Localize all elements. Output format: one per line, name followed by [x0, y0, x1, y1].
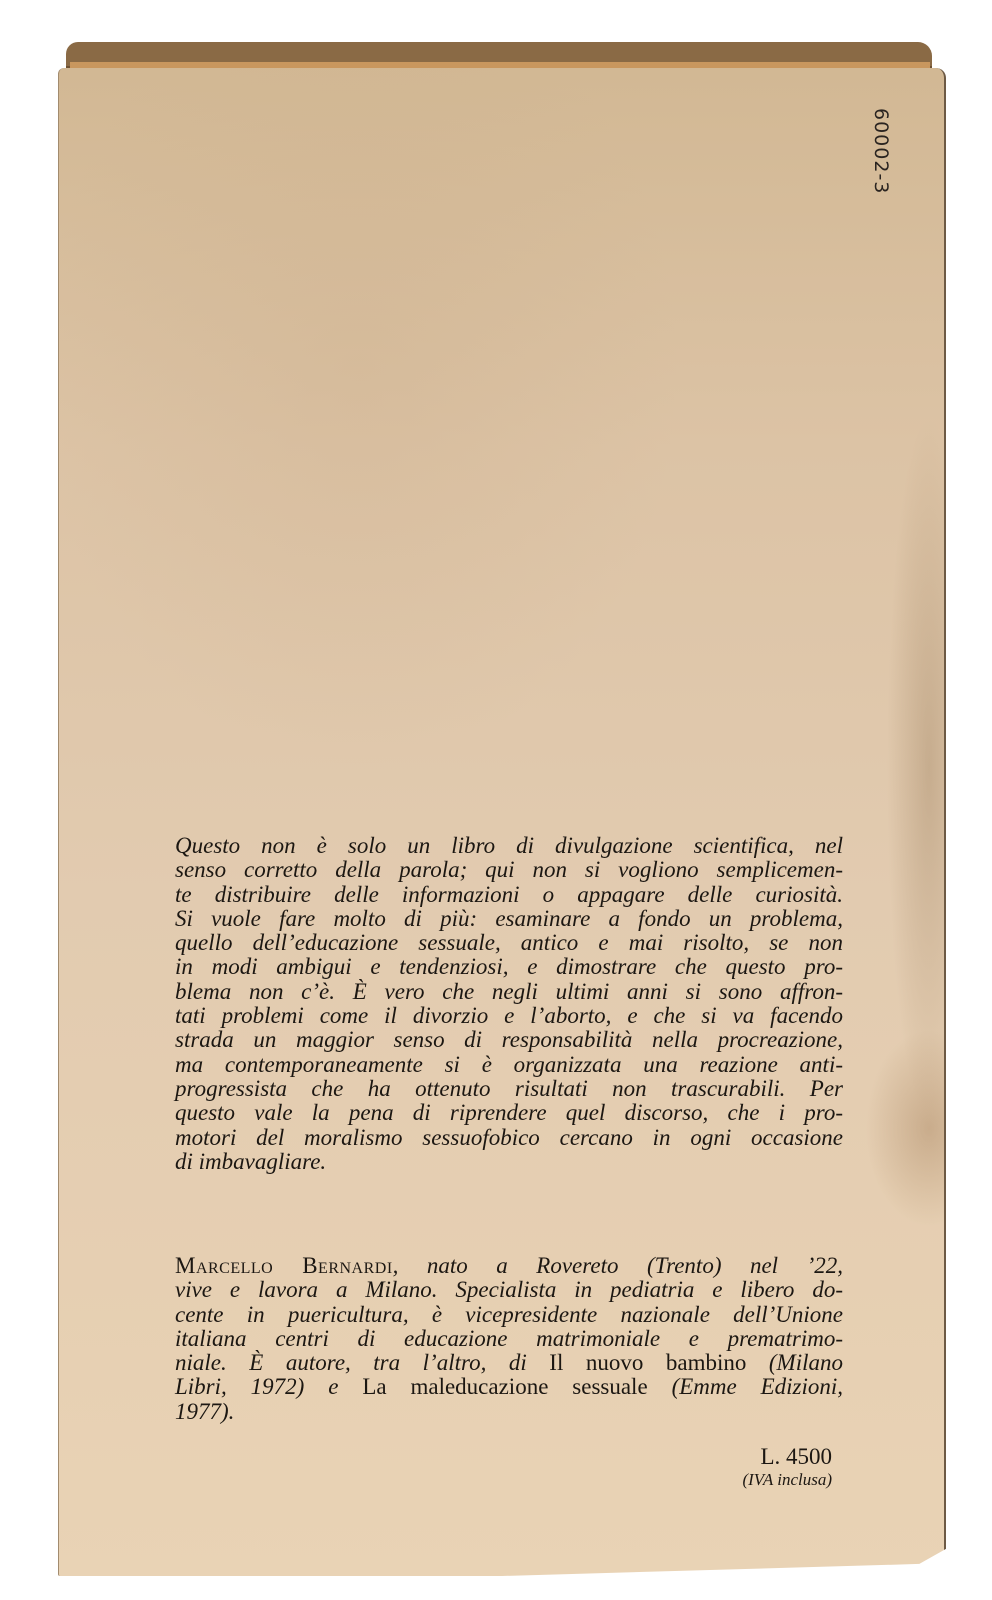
blurb-line: tati problemi come il divorzio e l’abort…	[175, 1004, 843, 1028]
blurb-line: Si vuole fare molto di più: esaminare a …	[175, 907, 843, 931]
book-title: Il nuovo bambino	[549, 1350, 746, 1375]
blurb-line: Questo non è solo un libro di divulgazio…	[175, 834, 843, 858]
book-title: La maleducazione sessuale	[362, 1374, 647, 1399]
bio-line: cente in puericultura, è vicepresidente …	[175, 1303, 843, 1327]
blurb-line: questo vale la pena di riprendere quel d…	[175, 1101, 843, 1125]
blurb-line: blema non c’è. È vero che negli ultimi a…	[175, 980, 843, 1004]
blurb-line: strada un maggior senso di responsabilit…	[175, 1028, 843, 1052]
blurb-line: motori del moralismo sessuofobico cercan…	[175, 1126, 843, 1150]
blurb-line: ma contemporaneamente si è organizzata u…	[175, 1053, 843, 1077]
bio-line: niale. È autore, tra l’altro, di Il nuov…	[175, 1351, 843, 1375]
blurb-line: progressista che ha ottenuto risultati n…	[175, 1077, 843, 1101]
bio-line: italiana centri di educazione matrimonia…	[175, 1327, 843, 1351]
author-bio: Marcello Bernardi, nato a Rovereto (Tren…	[175, 1254, 843, 1424]
bio-line: Libri, 1972) e La maleducazione sessuale…	[175, 1375, 843, 1399]
blurb-line: quello dell’educazione sessuale, antico …	[175, 931, 843, 955]
blurb-line: di imbavagliare.	[175, 1150, 843, 1174]
blurb-paragraph: Questo non è solo un libro di divulgazio…	[175, 834, 843, 1174]
isbn-code: 60002-3	[870, 108, 892, 194]
blurb-line: senso corretto della parola; qui non si …	[175, 858, 843, 882]
blurb-line: in modi ambigui e tendenziosi, e dimostr…	[175, 955, 843, 979]
bio-line: Marcello Bernardi, nato a Rovereto (Tren…	[175, 1254, 843, 1278]
book-page-edges	[70, 62, 930, 68]
bio-line: vive e lavora a Milano. Specialista in p…	[175, 1278, 843, 1302]
price: L. 4500	[760, 1444, 832, 1470]
blurb-line: te distribuire delle informazioni o appa…	[175, 883, 843, 907]
author-name: Marcello Bernardi	[175, 1253, 393, 1278]
bio-line: 1977).	[175, 1400, 843, 1424]
vat-note: (IVA inclusa)	[742, 1470, 832, 1490]
